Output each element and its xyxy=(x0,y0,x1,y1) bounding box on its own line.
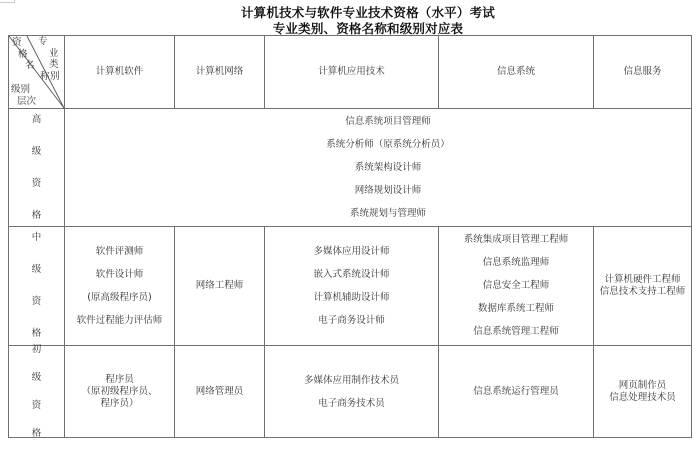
list-item: 数据库系统工程师 xyxy=(478,303,554,315)
list-item: 多媒体应用制作技术员 xyxy=(304,375,399,387)
list-item: 计算机硬件工程师 xyxy=(604,274,680,286)
column-header-info-service: 信息服务 xyxy=(594,36,691,108)
level-junior: 初 级 资 格 xyxy=(9,346,64,438)
list-item: 系统架构设计师 xyxy=(355,162,422,174)
list-item: 网络规划设计师 xyxy=(355,185,422,197)
column-header-application: 计算机应用技术 xyxy=(265,36,438,108)
list-item: 系统分析师（原系统分析员） xyxy=(326,139,450,151)
junior-network-cell: 网络管理员 xyxy=(175,346,264,438)
corner-label-level-1: 级别 xyxy=(11,84,30,95)
column-header-info-system: 信息系统 xyxy=(439,36,593,108)
list-item: 网络工程师 xyxy=(196,280,244,292)
corner-label-qual-4: 称 xyxy=(40,71,50,82)
corner-label-spec-1: 专 xyxy=(38,36,48,47)
list-item: 信息系统管理工程师 xyxy=(473,326,559,338)
qualification-table: 资 格 名 称 专 业 类 别 级别 层次 计算机软件 计算机网络 计算机应用技… xyxy=(8,35,692,438)
corner-label-spec-4: 别 xyxy=(50,71,60,82)
list-item: 信息系统项目管理师 xyxy=(345,116,431,128)
level-senior: 高 级 资 格 xyxy=(9,109,64,226)
list-item: 电子商务设计师 xyxy=(318,315,385,327)
list-item: 系统规划与管理师 xyxy=(350,208,426,220)
list-item: 网页制作员 xyxy=(619,380,667,392)
list-item: 嵌入式系统设计师 xyxy=(313,269,389,281)
list-item: （原初级程序员、 xyxy=(81,386,157,398)
list-item: 程序员 xyxy=(105,374,134,386)
list-item: 程序员） xyxy=(100,398,138,410)
middle-info-system-cell: 系统集成项目管理工程师 信息系统监理师 信息安全工程师 数据库系统工程师 信息系… xyxy=(439,227,593,345)
column-header-software: 计算机软件 xyxy=(65,36,174,108)
junior-info-system-cell: 信息系统运行管理员 xyxy=(439,346,593,438)
list-item: 信息安全工程师 xyxy=(483,280,550,292)
list-item: 信息处理技术员 xyxy=(609,392,676,404)
middle-application-cell: 多媒体应用设计师 嵌入式系统设计师 计算机辅助设计师 电子商务设计师 xyxy=(265,227,438,345)
page-fragment-box xyxy=(0,0,15,3)
corner-label-qual-1: 资 xyxy=(12,37,22,48)
middle-network-cell: 网络工程师 xyxy=(175,227,264,345)
list-item: 计算机辅助设计师 xyxy=(313,292,389,304)
list-item: 软件设计师 xyxy=(96,269,144,281)
list-item: 电子商务技术员 xyxy=(318,398,385,410)
list-item: (原高级程序员) xyxy=(87,292,151,304)
corner-label-qual-3: 名 xyxy=(25,60,35,71)
senior-merged-cell: 信息系统项目管理师 系统分析师（原系统分析员） 系统架构设计师 网络规划设计师 … xyxy=(65,109,691,226)
middle-software-cell: 软件评测师 软件设计师 (原高级程序员) 软件过程能力评估师 xyxy=(65,227,174,345)
middle-info-service-cell: 计算机硬件工程师 信息技术支持工程师 xyxy=(594,227,691,345)
corner-label-qual-2: 格 xyxy=(18,49,28,60)
corner-label-spec-3: 类 xyxy=(49,59,59,70)
junior-software-cell: 程序员 （原初级程序员、 程序员） xyxy=(65,346,174,438)
corner-label-level-2: 层次 xyxy=(17,96,36,107)
list-item: 信息技术支持工程师 xyxy=(600,286,686,298)
junior-application-cell: 多媒体应用制作技术员 电子商务技术员 xyxy=(265,346,438,438)
corner-label-spec-2: 业 xyxy=(49,48,59,59)
junior-info-service-cell: 网页制作员 信息处理技术员 xyxy=(594,346,691,438)
corner-header-cell: 资 格 名 称 专 业 类 别 级别 层次 xyxy=(9,36,65,109)
list-item: 多媒体应用设计师 xyxy=(313,246,389,258)
list-item: 系统集成项目管理工程师 xyxy=(464,234,569,246)
list-item: 网络管理员 xyxy=(196,386,244,398)
list-item: 信息系统运行管理员 xyxy=(473,386,559,398)
level-middle: 中 级 资 格 xyxy=(9,227,64,345)
list-item: 软件过程能力评估师 xyxy=(77,315,163,327)
list-item: 信息系统监理师 xyxy=(483,257,550,269)
column-header-network: 计算机网络 xyxy=(175,36,264,108)
list-item: 软件评测师 xyxy=(96,246,144,258)
